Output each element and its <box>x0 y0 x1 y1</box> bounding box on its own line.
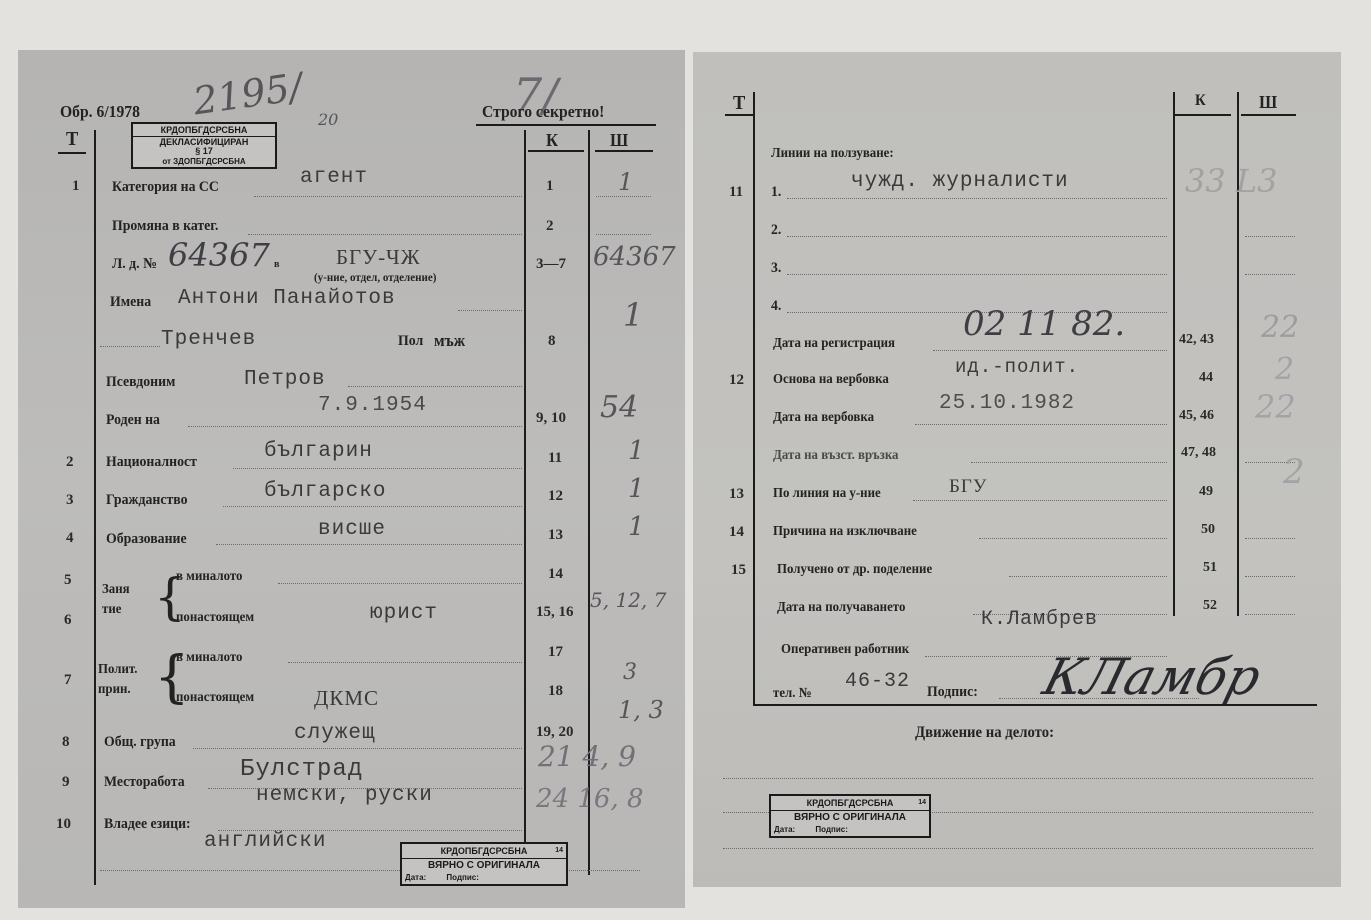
field-value-nationality: българин <box>264 440 373 463</box>
field-label-political-now: понастоящем <box>176 690 254 706</box>
field-label-received-from: Получено от др. поделение <box>777 562 932 578</box>
file-number-handwritten: 64367 <box>168 236 270 274</box>
k-code: 8 <box>548 333 556 350</box>
sh-value: 2 <box>1283 452 1305 492</box>
k-code: 17 <box>548 644 563 661</box>
k-code: 15, 16 <box>536 604 574 621</box>
field-label-recruitment-date: Дата на вербовка <box>773 410 874 426</box>
column-header-k: К <box>546 130 558 151</box>
sh-value: 1 <box>628 512 645 542</box>
stamp-line: ВЯРНО С ОРИГИНАЛА <box>402 859 566 872</box>
field-label-department-line: По линия на у-ние <box>773 486 881 502</box>
field-label-workplace: Месторабота <box>104 774 185 791</box>
field-label-recruitment-basis: Основа на вербовка <box>773 372 889 388</box>
k-code: 51 <box>1203 560 1217 576</box>
field-value-political-now: ДКМС <box>314 686 379 711</box>
stamp-date-label: Дата: <box>774 825 795 834</box>
field-label-common-group: Общ. група <box>104 734 176 751</box>
column-header-t: Т <box>66 128 78 151</box>
field-label-nationality: Националност <box>106 454 197 471</box>
officer-signature: КЛамбр <box>1037 648 1267 706</box>
column-header-sh: Ш <box>1259 92 1277 113</box>
left-registration-card: 2195/ 20 7/ Обр. 6/1978 Строго секретно!… <box>18 50 685 908</box>
stamp-date-label: Дата: <box>405 873 426 882</box>
row-number: 1 <box>72 178 80 195</box>
line-number: 2. <box>771 222 781 239</box>
k-code: 11 <box>548 450 562 467</box>
field-value-category: агент <box>300 166 368 189</box>
k-code: 18 <box>548 683 563 700</box>
registration-date-handwritten: 02 11 82. <box>963 304 1125 344</box>
field-label-languages: Владее езици: <box>104 816 191 833</box>
stamp-line: КРДОПБГДСРСБНА <box>441 846 528 856</box>
field-label-occupation-now: понастоящем <box>176 610 254 626</box>
field-value-department: БГУ-ЧЖ <box>336 245 421 270</box>
field-label-education: Образование <box>106 531 187 548</box>
row-number: 10 <box>56 816 71 833</box>
k-code: 19, 20 <box>536 724 574 741</box>
field-label-file-number: Л. д. № <box>112 256 157 273</box>
k-code: 42, 43 <box>1179 332 1214 348</box>
row-number: 6 <box>64 612 72 629</box>
field-label-phone: тел. № <box>773 686 812 702</box>
column-header-sh: Ш <box>610 130 628 151</box>
k-code: 47, 48 <box>1181 445 1216 461</box>
field-label-pseudonym: Псевдоним <box>106 374 175 391</box>
field-value-languages: немски, руски <box>256 784 433 807</box>
field-value-surname: Тренчев <box>161 328 256 351</box>
row-number: 12 <box>729 372 744 389</box>
handwritten-ref-suffix: 20 <box>318 110 338 129</box>
department-sublabel: (у-ние, отдел, отделение) <box>314 270 436 285</box>
group-label-political: Полит. прин. <box>98 660 148 700</box>
sh-value: 22 <box>1255 388 1296 426</box>
row-number: 3 <box>66 492 74 509</box>
field-value-occupation-now: юрист <box>370 602 438 625</box>
sh-value: 1 <box>628 474 645 504</box>
sh-value: 33 L3 <box>1185 162 1278 200</box>
stamp-line: КРДОПБГДСРСБНА <box>807 798 894 808</box>
field-value-recruitment-date: 25.10.1982 <box>939 392 1075 415</box>
k-code: 3—7 <box>536 256 566 273</box>
field-value-common-group: служещ <box>294 722 376 745</box>
field-label-sex: Пол <box>398 333 423 350</box>
stamp-line: § 17 <box>133 147 275 156</box>
k-code: 1 <box>546 178 554 195</box>
k-code: 49 <box>1199 484 1213 500</box>
classification-label: Строго секретно! <box>482 102 604 122</box>
field-label-category-change: Промяна в катег. <box>112 218 218 235</box>
line-number: 4. <box>771 298 781 315</box>
field-value-citizenship: българско <box>264 480 386 503</box>
field-label-receive-date: Дата на получаването <box>777 600 905 616</box>
declassified-stamp: КРДОПБГДСРСБНА ДЕКЛАСИФИЦИРАН § 17 от ЗД… <box>131 122 277 169</box>
line-number: 1. <box>771 184 781 201</box>
row-number: 2 <box>66 454 74 471</box>
field-label-registration-date: Дата на регистрация <box>773 336 895 352</box>
field-value-languages-2: английски <box>204 830 326 853</box>
certified-copy-stamp: КРДОПБГДСРСБНА 14 ВЯРНО С ОРИГИНАЛА Дата… <box>769 794 931 838</box>
sh-value: 22 <box>1261 310 1299 345</box>
case-movement-title: Движение на делото: <box>915 724 1054 742</box>
field-value-workplace: Булстрад <box>240 756 363 783</box>
line-value: чужд. журналисти <box>851 170 1069 193</box>
row-number: 7 <box>64 672 72 689</box>
certified-copy-stamp: КРДОПБГДСРСБНА 14 ВЯРНО С ОРИГИНАЛА Дата… <box>400 842 568 886</box>
row-number: 9 <box>62 774 70 791</box>
field-label-born: Роден на <box>106 412 160 429</box>
line-number: 3. <box>771 260 781 277</box>
field-label-occupation-past: в миналото <box>176 569 242 585</box>
k-code: 44 <box>1199 370 1213 386</box>
field-value-recruitment-basis: ид.-полит. <box>955 356 1079 378</box>
field-label-officer: Оперативен работник <box>781 642 909 658</box>
handwritten-ref-number: 2195/ <box>190 65 305 124</box>
stamp-corner: 14 <box>555 844 563 858</box>
field-label-citizenship: Гражданство <box>106 492 187 509</box>
k-code: 9, 10 <box>536 410 566 427</box>
sh-value: 1 <box>623 296 643 334</box>
field-label-category: Категория на СС <box>112 179 219 196</box>
row-number: 15 <box>731 562 746 579</box>
row-number: 11 <box>729 184 743 201</box>
sh-value: 1, 3 <box>618 696 664 724</box>
sh-value: 21 4, 9 <box>538 740 636 773</box>
k-code: 50 <box>1201 522 1215 538</box>
k-code: 12 <box>548 488 563 505</box>
row-number: 13 <box>729 486 744 503</box>
row-number: 14 <box>729 524 744 541</box>
field-label-signature: Подпис: <box>927 684 978 701</box>
field-value-phone: 46-32 <box>845 670 910 693</box>
field-label-names: Имена <box>110 294 151 311</box>
field-value-department-line: БГУ <box>949 476 987 498</box>
sh-value: 2 <box>1275 352 1294 387</box>
k-code: 45, 46 <box>1179 408 1214 424</box>
column-header-t: Т <box>733 92 745 115</box>
field-label-exclusion-reason: Причина на изключване <box>773 524 917 540</box>
field-value-birthdate: 7.9.1954 <box>318 394 427 417</box>
stamp-line: от ЗДОПБГДСРСБНА <box>133 156 275 167</box>
sh-value: 64367 <box>593 242 676 272</box>
field-value-names: Антони Панайотов <box>178 287 396 310</box>
k-code: 13 <box>548 527 563 544</box>
row-number: 8 <box>62 734 70 751</box>
stamp-sign-label: Подпис: <box>815 825 847 834</box>
field-value-sex: мъж <box>434 331 465 351</box>
row-number: 5 <box>64 572 72 589</box>
stamp-sign-label: Подпис: <box>446 873 478 882</box>
k-code: 52 <box>1203 598 1217 614</box>
stamp-corner: 14 <box>918 796 926 810</box>
stamp-line: ВЯРНО С ОРИГИНАЛА <box>771 811 929 824</box>
field-label-political-past: в миналото <box>176 650 242 666</box>
sh-value: 3 <box>623 660 637 685</box>
k-code: 2 <box>546 218 554 235</box>
sh-value: 1 <box>628 436 645 466</box>
field-value-pseudonym: Петров <box>244 368 326 391</box>
column-header-k: К <box>1195 92 1206 110</box>
sh-value: 1 <box>618 168 633 196</box>
field-value-education: висше <box>318 518 386 541</box>
group-label-occupation: Заня тие <box>102 580 139 620</box>
sh-value: 54 <box>600 390 638 425</box>
form-number: Обр. 6/1978 <box>60 102 140 122</box>
file-number-suffix: в <box>274 258 279 270</box>
stamp-line: КРДОПБГДСРСБНА <box>133 124 275 137</box>
field-label-restored-contact: Дата на възст. връзка <box>773 448 899 464</box>
row-number: 4 <box>66 530 74 547</box>
sh-value: 5, 12, 7 <box>590 588 666 612</box>
right-registration-card: Т К Ш Линии на ползуване: 11 1. чужд. жу… <box>693 52 1341 887</box>
k-code: 14 <box>548 566 563 583</box>
sh-value: 24 16, 8 <box>536 784 644 814</box>
lines-of-use-title: Линии на ползуване: <box>771 146 894 162</box>
officer-name: К.Ламбрев <box>981 608 1098 631</box>
